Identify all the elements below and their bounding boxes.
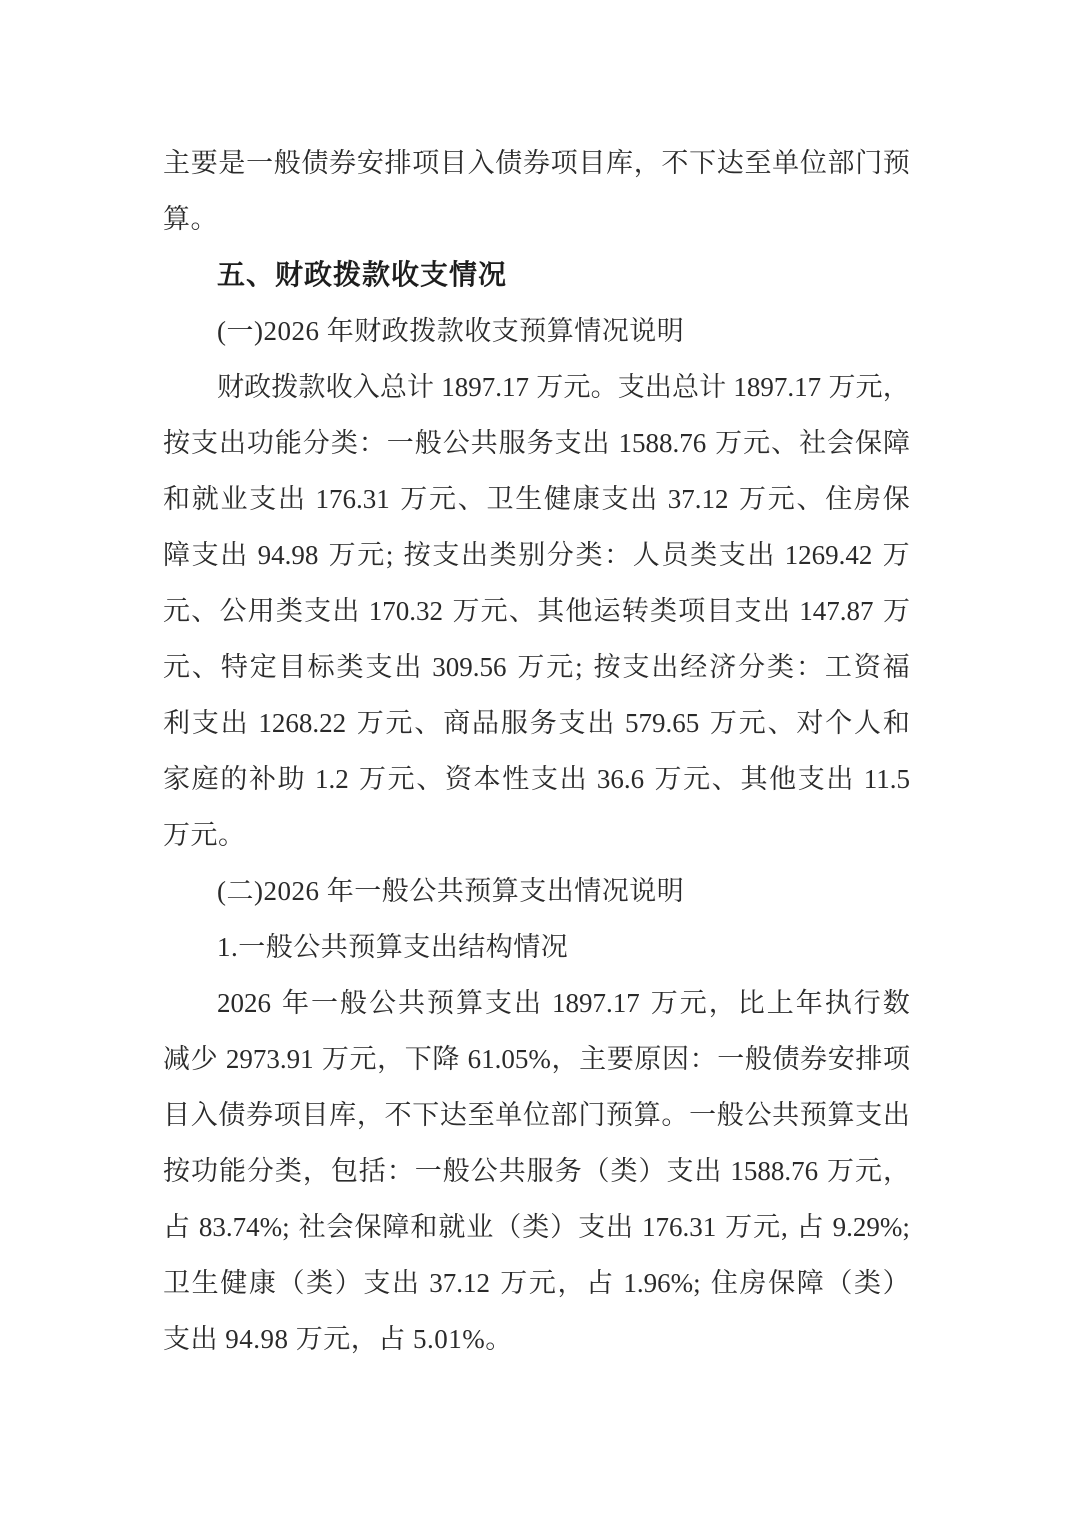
text-glyph: 排 [385,135,412,191]
text-glyph: 共 [772,1087,799,1143]
text-glyph: 达 [717,135,744,191]
text-glyph: 入 [353,359,380,415]
text-glyph: ： [690,1031,717,1087]
text-glyph: 按 [163,415,190,471]
text-glyph: 万 [359,751,386,807]
text-space [717,1199,724,1255]
document-page: 主要是一般债券安排项目入债券项目库，不下达至单位部门预算。五、财政拨款收支情况(… [0,0,1074,1520]
text-glyph: 上 [767,975,794,1031]
text-line: 目入债券项目库，不下达至单位部门预算。一般公共预算支出 [163,1087,910,1143]
text-glyph: 出 [219,415,246,471]
text-glyph: 出 [645,359,672,415]
text-glyph: 目 [706,583,733,639]
text-glyph: 目 [163,1087,190,1143]
text-glyph: 要 [191,135,218,191]
text-glyph: 项 [678,583,705,639]
text-glyph: 用 [248,583,275,639]
text-glyph: 分 [547,527,574,583]
text-glyph: （ [278,1255,305,1311]
text-space [508,639,515,695]
text-run: 94.98 [258,527,319,583]
text-glyph: 项 [412,135,439,191]
text-glyph: 算 [634,1087,661,1143]
text-glyph: 计 [407,359,434,415]
text-glyph: 服 [527,1143,554,1199]
text-glyph: ， [303,1143,330,1199]
text-glyph: 降 [432,1031,459,1087]
text-run: 1897.17 [733,359,821,415]
text-glyph: 支 [855,1087,882,1143]
text-run: 2973.91 [226,1031,314,1087]
text-glyph: 出 [461,527,488,583]
text-glyph: 少 [191,1031,218,1087]
text-glyph: 会 [827,415,854,471]
text-glyph: 类 [611,1143,638,1199]
text-glyph: 般 [415,415,442,471]
text-glyph: 元 [163,583,190,639]
text-glyph: 年 [282,975,309,1031]
text-glyph: 按 [404,527,431,583]
text-line: 1.一般公共预算支出结构情况 [163,919,910,975]
text-glyph: 服 [501,695,528,751]
text-glyph: 万 [828,359,855,415]
text-glyph: 业 [221,471,248,527]
text-glyph: 出 [514,975,541,1031]
text-space [273,975,280,1031]
text-run: 1897.17 [552,975,640,1031]
text-space [307,471,314,527]
text-glyph: 出 [394,639,421,695]
text-glyph: 一 [246,135,273,191]
text-glyph: 资 [854,639,881,695]
text-glyph: 目 [440,135,467,191]
text-line: 主要是一般债券安排项目入债券项目库，不下达至单位部门预 [163,135,910,191]
text-glyph: 出 [763,583,790,639]
text-glyph: 补 [249,751,276,807]
text-glyph: 债 [495,135,522,191]
text-glyph: 类 [490,527,517,583]
text-glyph: 标 [308,639,335,695]
text-glyph: 个 [825,695,852,751]
text-glyph: 住 [825,471,852,527]
text-glyph: 括 [359,1143,386,1199]
text-glyph: 万 [400,471,427,527]
text-line: 按功能分类，包括：一般公共服务（类）支出 1588.76 万元， [163,1143,910,1199]
text-space [395,527,402,583]
text-glyph: 至 [744,135,771,191]
text-glyph: 占 [586,1255,613,1311]
text-glyph: 支 [559,695,586,751]
document-body: 主要是一般债券安排项目入债券项目库，不下达至单位部门预算。五、财政拨款收支情况(… [163,135,910,1367]
text-glyph: 生 [192,1255,219,1311]
text-glyph: 按 [163,1143,190,1199]
text-glyph: 保 [354,1199,381,1255]
text-glyph: 性 [502,751,529,807]
text-glyph: 财 [217,359,244,415]
text-glyph: 般 [340,975,367,1031]
text-glyph: 分 [247,1143,274,1199]
text-run: 37.12 [668,471,729,527]
text-glyph: 保 [883,471,910,527]
text-glyph: 康 [573,471,600,527]
text-glyph: 人 [633,527,660,583]
text-glyph: 济 [709,639,736,695]
text-glyph: 支 [531,751,558,807]
text-glyph: 收 [326,359,353,415]
text-glyph: 。 [661,1087,688,1143]
text-glyph: 比 [738,975,765,1031]
text-glyph: 出 [883,1087,910,1143]
text-run: 1268.22 [258,695,346,751]
text-glyph: 一 [387,415,414,471]
text-space [314,1031,321,1087]
text-space [701,695,708,751]
text-glyph: 障 [797,1255,824,1311]
text-space [350,751,357,807]
text-glyph: 务 [555,1143,582,1199]
text-space [722,1143,729,1199]
text-glyph: ， [883,1143,910,1199]
text-glyph: ： [387,1143,414,1199]
text-glyph: 库 [606,135,633,191]
text-space [825,1199,832,1255]
text-glyph: ： [359,415,386,471]
text-glyph: 本 [474,751,501,807]
text-glyph: 功 [191,1143,218,1199]
text-glyph: 元 [386,695,413,751]
text-run: 1897.17 [441,359,529,415]
text-glyph: 共 [398,975,425,1031]
text-glyph: 主 [579,1031,606,1087]
text-run: 1.2 [315,751,349,807]
text-glyph: 元 [743,415,770,471]
text-space [320,527,327,583]
text-run: 2026 [217,975,271,1031]
text-glyph: 出 [221,695,248,751]
text-glyph: 预 [883,135,910,191]
text-run: 176.31 [316,471,390,527]
text-glyph: 券 [246,1087,273,1143]
text-glyph: 支 [192,527,219,583]
text-glyph: ） [335,1255,362,1311]
text-glyph: 出 [587,695,614,751]
text-glyph: 、 [414,695,441,751]
text-space [875,583,882,639]
text-glyph: 部 [828,135,855,191]
text-line: 家庭的补助 1.2 万元、资本性支出 36.6 万元、其他支出 11.5 [163,751,910,807]
text-glyph: 房 [854,471,881,527]
text-space [634,1199,641,1255]
text-run: 9.29%; [833,1199,910,1255]
text-space [529,359,536,415]
text-glyph: 和 [163,471,190,527]
text-glyph: 占 [797,1199,824,1255]
text-glyph: 障 [163,527,190,583]
text-space [819,1143,826,1199]
text-line: 算。 [163,191,910,247]
text-glyph: 保 [855,415,882,471]
text-glyph: 支 [192,695,219,751]
text-space [249,695,256,751]
text-space [460,1031,467,1087]
text-glyph: ） [550,1199,577,1255]
text-space [659,471,666,527]
text-run: 147.87 [799,583,873,639]
text-glyph: 券 [329,135,356,191]
text-glyph: 预 [606,1087,633,1143]
text-glyph: 。 [591,359,618,415]
text-glyph: 资 [445,751,472,807]
text-glyph: 元 [481,583,508,639]
text-glyph: 债 [301,135,328,191]
text-glyph: 、 [416,751,443,807]
text-run: 1588.76 [618,415,706,471]
text-glyph: 门 [578,1087,605,1143]
text-glyph: 出 [630,471,657,527]
text-glyph: 元 [163,639,190,695]
text-glyph: 原 [634,1031,661,1087]
text-space [615,1255,622,1311]
text-glyph: 支 [578,1199,605,1255]
text-glyph: 、 [509,583,536,639]
text-glyph: 能 [219,1143,246,1199]
text-space [776,527,783,583]
text-glyph: 安 [357,135,384,191]
text-glyph: 支 [666,1143,693,1199]
text-space [821,359,828,415]
text-glyph: 类 [331,415,358,471]
text-glyph: 预 [800,1087,827,1143]
text-glyph: 债 [218,1087,245,1143]
text-glyph: 类 [767,639,794,695]
text-glyph: 障 [382,1199,409,1255]
text-glyph: 支 [602,471,629,527]
text-glyph: 公 [744,1087,771,1143]
text-run: 579.65 [625,695,699,751]
text-glyph: ， [357,1087,384,1143]
text-glyph: ） [883,1255,910,1311]
text-line: 元、特定目标类支出 309.56 万元; 按支出经济分类：工资福 [163,639,910,695]
text-glyph: ， [552,1031,579,1087]
text-glyph: 元 [529,1255,556,1311]
text-glyph: 元 [680,975,707,1031]
text-glyph: 健 [220,1255,247,1311]
text-glyph: 券 [523,135,550,191]
text-glyph: （ [494,1199,521,1255]
text-glyph: 万 [651,975,678,1031]
text-glyph: 转 [622,583,649,639]
text-glyph: 对 [796,695,823,751]
text-glyph: 总 [380,359,407,415]
text-run: ; [575,639,583,695]
text-glyph: 康 [249,1255,276,1311]
text-glyph: 经 [680,639,707,695]
text-glyph: 算 [456,975,483,1031]
text-glyph: 类 [337,639,364,695]
text-line: 财政拨款收入总计 1897.17 万元。支出总计 1897.17 万元， [163,359,910,415]
text-space [421,1255,428,1311]
text-glyph: 元 [856,359,883,415]
text-glyph: 元 [855,1143,882,1199]
text-glyph: 元 [357,527,384,583]
text-glyph: 般 [745,1031,772,1087]
text-glyph: 共 [471,415,498,471]
text-glyph: 排 [855,1031,882,1087]
text-glyph: 安 [828,1031,855,1087]
text-line: 2026 年一般公共预算支出 1897.17 万元，比上年执行数 [163,975,910,1031]
text-glyph: 类 [854,1255,881,1311]
text-run: 1269.42 [785,527,873,583]
text-glyph: 出 [560,751,587,807]
text-glyph: 支 [365,639,392,695]
text-glyph: 不 [385,1087,412,1143]
text-glyph: 下 [405,1031,432,1087]
text-glyph: 元 [768,471,795,527]
text-glyph: 公 [219,583,246,639]
text-glyph: 员 [661,527,688,583]
text-space [642,975,649,1031]
text-space [646,751,653,807]
text-glyph: 人 [854,695,881,751]
text-glyph: 般 [443,1143,470,1199]
text-glyph: 支 [555,415,582,471]
text-glyph: 万 [710,695,737,751]
text-glyph: 行 [854,975,881,1031]
text-glyph: ， [634,135,661,191]
text-glyph: 商 [443,695,470,751]
text-glyph: 出 [583,415,610,471]
text-glyph: 、 [797,471,824,527]
text-glyph: 券 [800,1031,827,1087]
text-glyph: 工 [825,639,852,695]
text-glyph: 社 [799,415,826,471]
text-glyph: 单 [495,1087,522,1143]
text-glyph: 支 [719,527,746,583]
text-line: 元、公用类支出 170.32 万元、其他运转类项目支出 147.87 万 [163,583,910,639]
text-glyph: 类 [690,527,717,583]
text-glyph: 万 [883,527,910,583]
text-glyph: 、 [458,471,485,527]
text-space [616,695,623,751]
text-glyph: 他 [565,583,592,639]
text-glyph: 保 [768,1255,795,1311]
text-glyph: 就 [438,1199,465,1255]
text-space [306,751,313,807]
text-line: (二)2026 年一般公共预算支出情况说明 [163,863,910,919]
text-run: 61.05% [468,1031,551,1087]
text-space [361,583,368,639]
text-glyph: 目 [301,1087,328,1143]
text-glyph: 执 [825,975,852,1031]
text-glyph: （ [825,1255,852,1311]
text-glyph: 不 [661,135,688,191]
text-glyph: 万 [725,1199,752,1255]
text-glyph: 因 [662,1031,689,1087]
text-glyph: 、 [768,695,795,751]
text-glyph: 预 [427,975,454,1031]
text-glyph: 出 [826,751,853,807]
text-glyph: 一 [311,975,338,1031]
text-glyph: 达 [440,1087,467,1143]
text-space [726,359,733,415]
text-glyph: ， [558,1255,585,1311]
text-glyph: 分 [303,415,330,471]
text-glyph: 、 [771,415,798,471]
text-glyph: 出 [278,471,305,527]
text-space [874,527,881,583]
text-glyph: ， [709,975,736,1031]
text-glyph: 公 [369,975,396,1031]
text-space [218,1031,225,1087]
text-glyph: 运 [594,583,621,639]
text-glyph: 健 [544,471,571,527]
text-glyph: 品 [472,695,499,751]
text-glyph: 的 [220,751,247,807]
text-line: 占 83.74%; 社会保障和就业（类）支出 176.31 万元, 占 9.29… [163,1199,910,1255]
text-glyph: 和 [410,1199,437,1255]
text-glyph: 卫 [487,471,514,527]
text-glyph: ， [377,1031,404,1087]
text-glyph: 一 [689,1087,716,1143]
text-glyph: 万 [517,639,544,695]
text-space [249,527,256,583]
text-glyph: 是 [218,135,245,191]
text-glyph: 公 [443,415,470,471]
text-glyph: 包 [331,1143,358,1199]
text-glyph: 卫 [163,1255,190,1311]
text-space [348,695,355,751]
text-glyph: 社 [299,1199,326,1255]
text-space [730,471,737,527]
text-line: 和就业支出 176.31 万元、卫生健康支出 37.12 万元、住房保 [163,471,910,527]
text-space [492,1255,499,1311]
text-glyph: 下 [689,135,716,191]
text-glyph: 出 [606,1199,633,1255]
text-run: 1.96%; [623,1255,700,1311]
text-glyph: 定 [250,639,277,695]
text-glyph: 般 [274,135,301,191]
text-glyph: 支 [622,639,649,695]
text-glyph: 万 [500,1255,527,1311]
text-glyph: 类 [522,1199,549,1255]
text-glyph: 支 [249,471,276,527]
text-line: 支出 94.98 万元，占 5.01%。 [163,1311,910,1367]
text-glyph: 类 [276,583,303,639]
text-glyph: 按 [594,639,621,695]
text-glyph: 家 [163,751,190,807]
text-glyph: 元 [388,751,415,807]
text-glyph: 元 [546,639,573,695]
text-line: 利支出 1268.22 万元、商品服务支出 579.65 万元、对个人和 [163,695,910,751]
text-glyph: 目 [578,135,605,191]
text-space [191,1199,198,1255]
text-glyph: 拨 [271,359,298,415]
text-glyph: 总 [672,359,699,415]
text-glyph: 项 [551,135,578,191]
text-glyph: 政 [244,359,271,415]
text-glyph: 支 [363,1255,390,1311]
text-glyph: 入 [468,135,495,191]
text-space [791,583,798,639]
text-line: 万元。 [163,807,910,863]
text-run: 11.5 [864,751,910,807]
text-run: , [781,1199,788,1255]
text-glyph: 类 [306,1255,333,1311]
text-glyph: 项 [274,1087,301,1143]
text-glyph: 和 [883,695,910,751]
text-space [423,639,430,695]
text-glyph: 助 [278,751,305,807]
